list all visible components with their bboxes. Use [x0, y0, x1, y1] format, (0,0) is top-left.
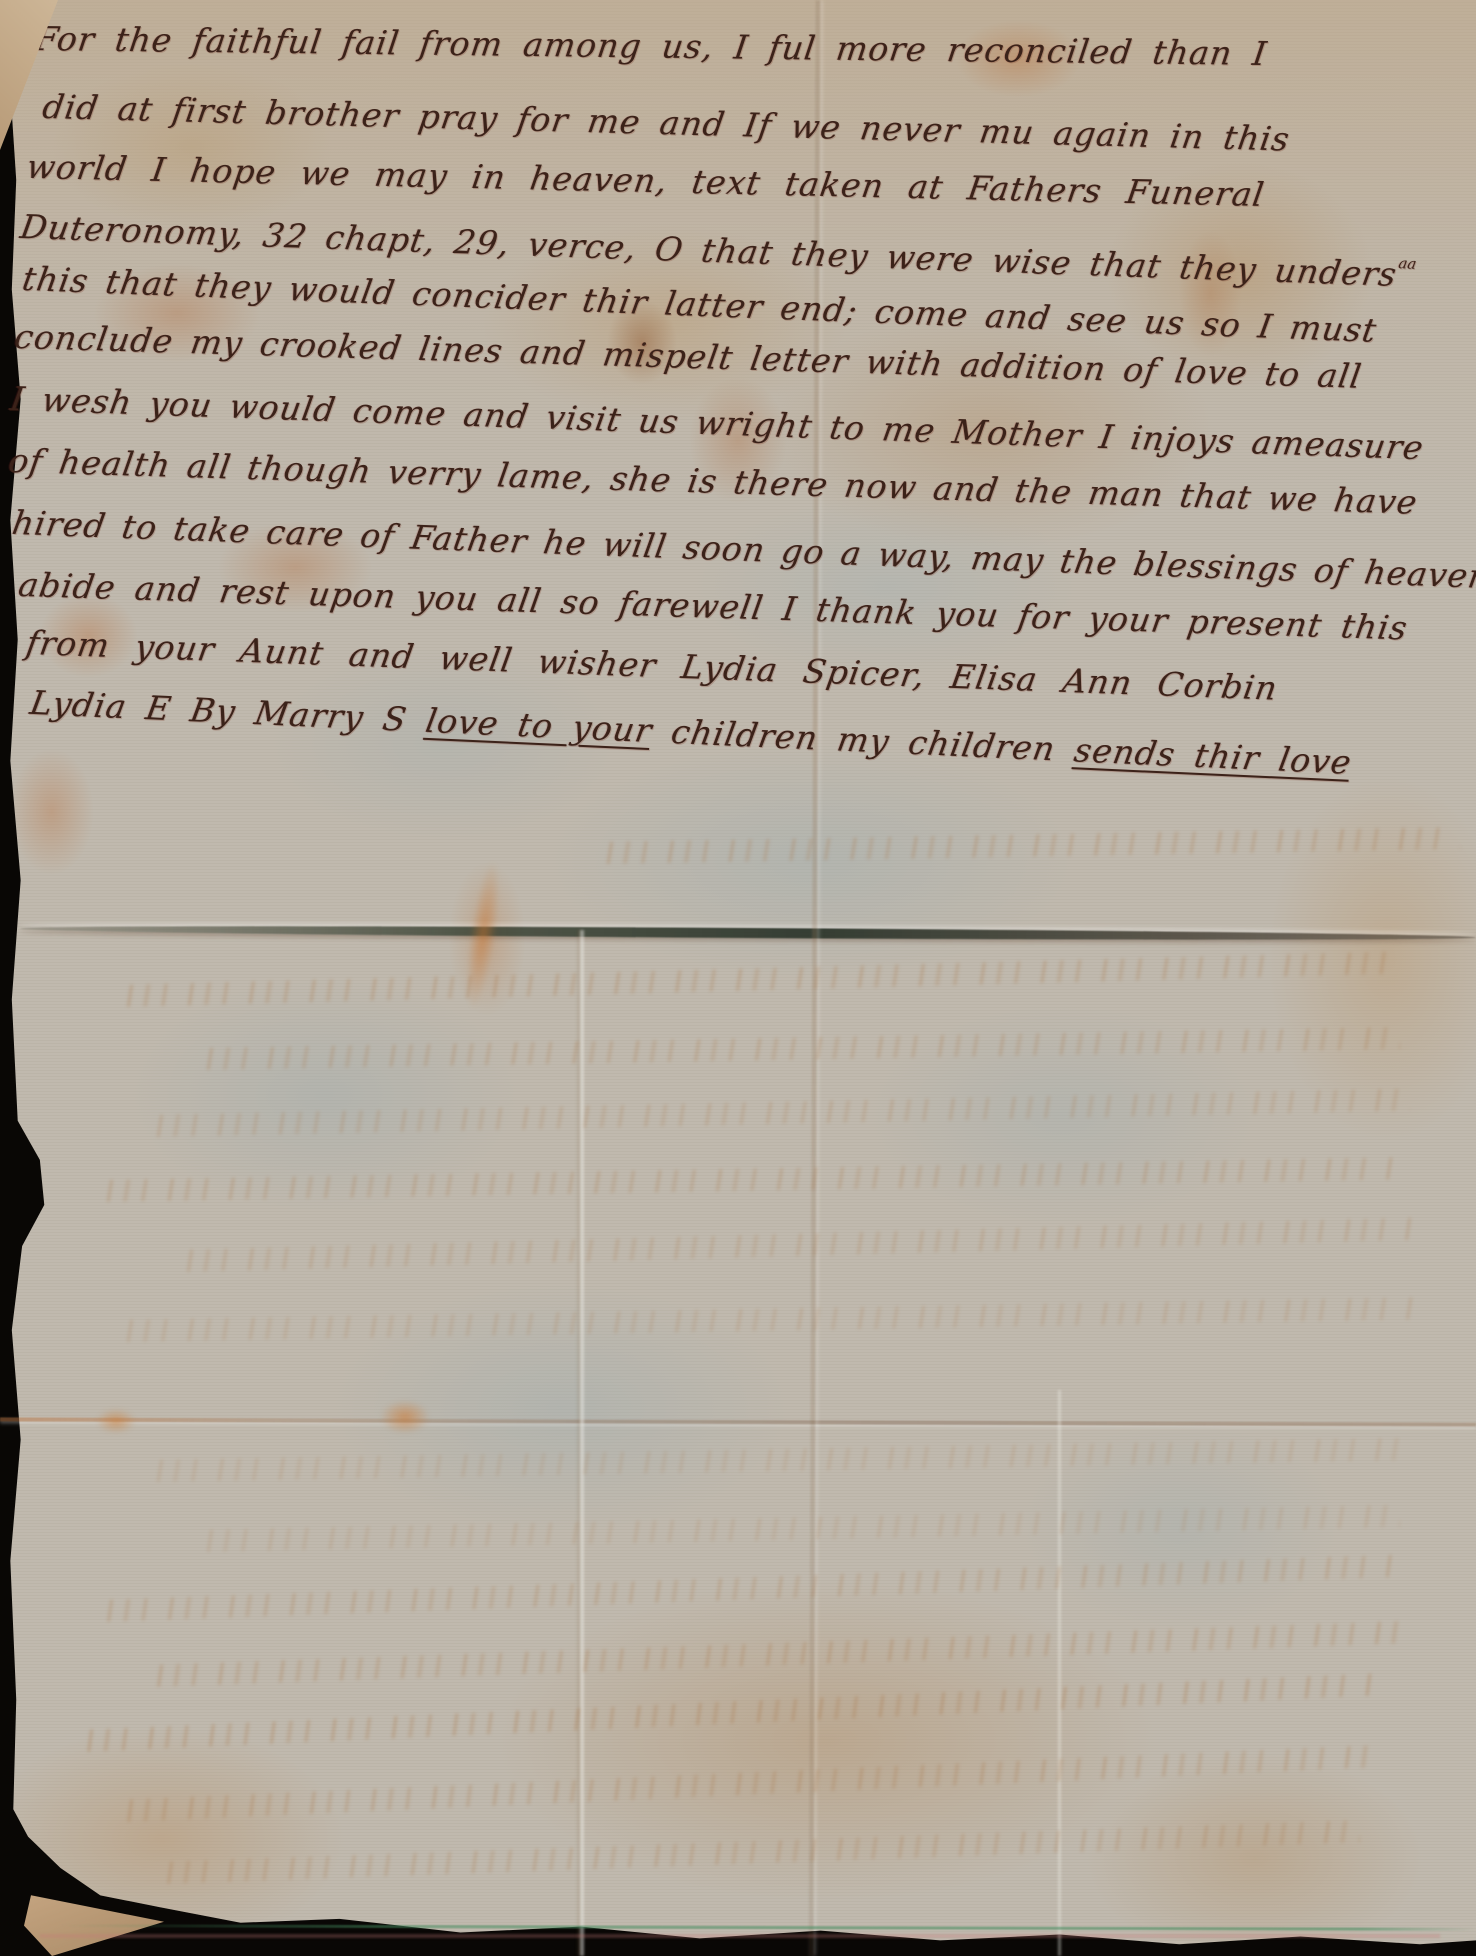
letter-line-segment: world I hope we may in heaven, text take… [24, 147, 1267, 214]
letter-line-segment: For the faithful fail from among us, I f… [33, 19, 1270, 73]
letter-line: world I hope we may in heaven, text take… [24, 146, 1268, 217]
letter-line: For the faithful fail from among us, I f… [32, 18, 1270, 76]
letter-line-segment: Lydia E By Marry S [27, 683, 429, 740]
scanned-letter-page: For the faithful fail from among us, I f… [0, 0, 1476, 1956]
letter-line-segment: sends thir love [1071, 730, 1354, 781]
letter-line-segment: did at first brother pray for me and If … [40, 87, 1293, 159]
scanner-edge-artifact-pink [40, 1934, 1440, 1938]
letter-line-segment: love to your [423, 701, 656, 750]
letter-line-segment: aa [1397, 254, 1418, 273]
letter-line-segment: children my children [649, 711, 1078, 769]
letter-text: For the faithful fail from among us, I f… [0, 0, 1476, 1956]
